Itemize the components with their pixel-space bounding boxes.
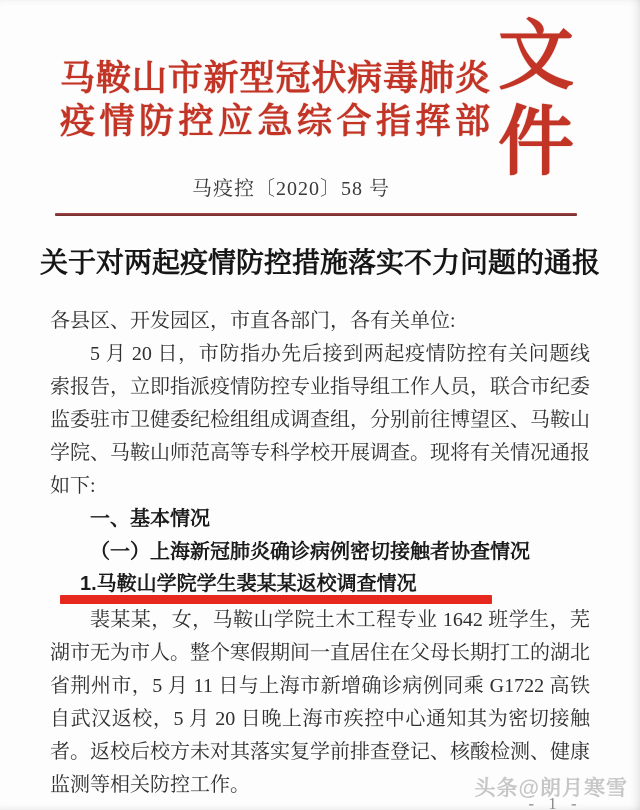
issuing-org-name: 马鞍山市新型冠状病毒肺炎 疫情防控应急综合指挥部: [60, 57, 490, 143]
salutation: 各县区、开发园区，市直各部门，各有关单位:: [50, 305, 590, 338]
page-number: - 1 -: [505, 794, 605, 810]
doc-type-label: 文件: [498, 14, 640, 186]
item-heading-student-case: 1.马鞍山学院学生裴某某返校调查情况: [50, 569, 590, 599]
doc-number: 马疫控〔2020〕58 号: [0, 172, 640, 201]
letterhead: 马鞍山市新型冠状病毒肺炎 疫情防控应急综合指挥部 文件: [60, 14, 640, 186]
document-page: 马鞍山市新型冠状病毒肺炎 疫情防控应急综合指挥部 文件 马疫控〔2020〕58 …: [0, 0, 640, 810]
org-name-line-1: 马鞍山市新型冠状病毒肺炎: [60, 57, 490, 100]
document-title: 关于对两起疫情防控措施落实不力问题的通报: [0, 241, 640, 281]
section-heading-shanghai-case: （一）上海新冠肺炎确诊病例密切接触者协查情况: [50, 536, 590, 569]
document-body: 各县区、开发园区，市直各部门，各有关单位: 5 月 20 日，市防指办先后接到两…: [50, 305, 590, 802]
org-name-line-2: 疫情防控应急综合指挥部: [60, 100, 490, 143]
section-heading-basic-info: 一、基本情况: [50, 503, 590, 536]
red-separator-rule: [55, 213, 577, 216]
paragraph-intro: 5 月 20 日，市防指办先后接到两起疫情防控有关问题线索报告，立即指派疫情防控…: [50, 338, 590, 503]
